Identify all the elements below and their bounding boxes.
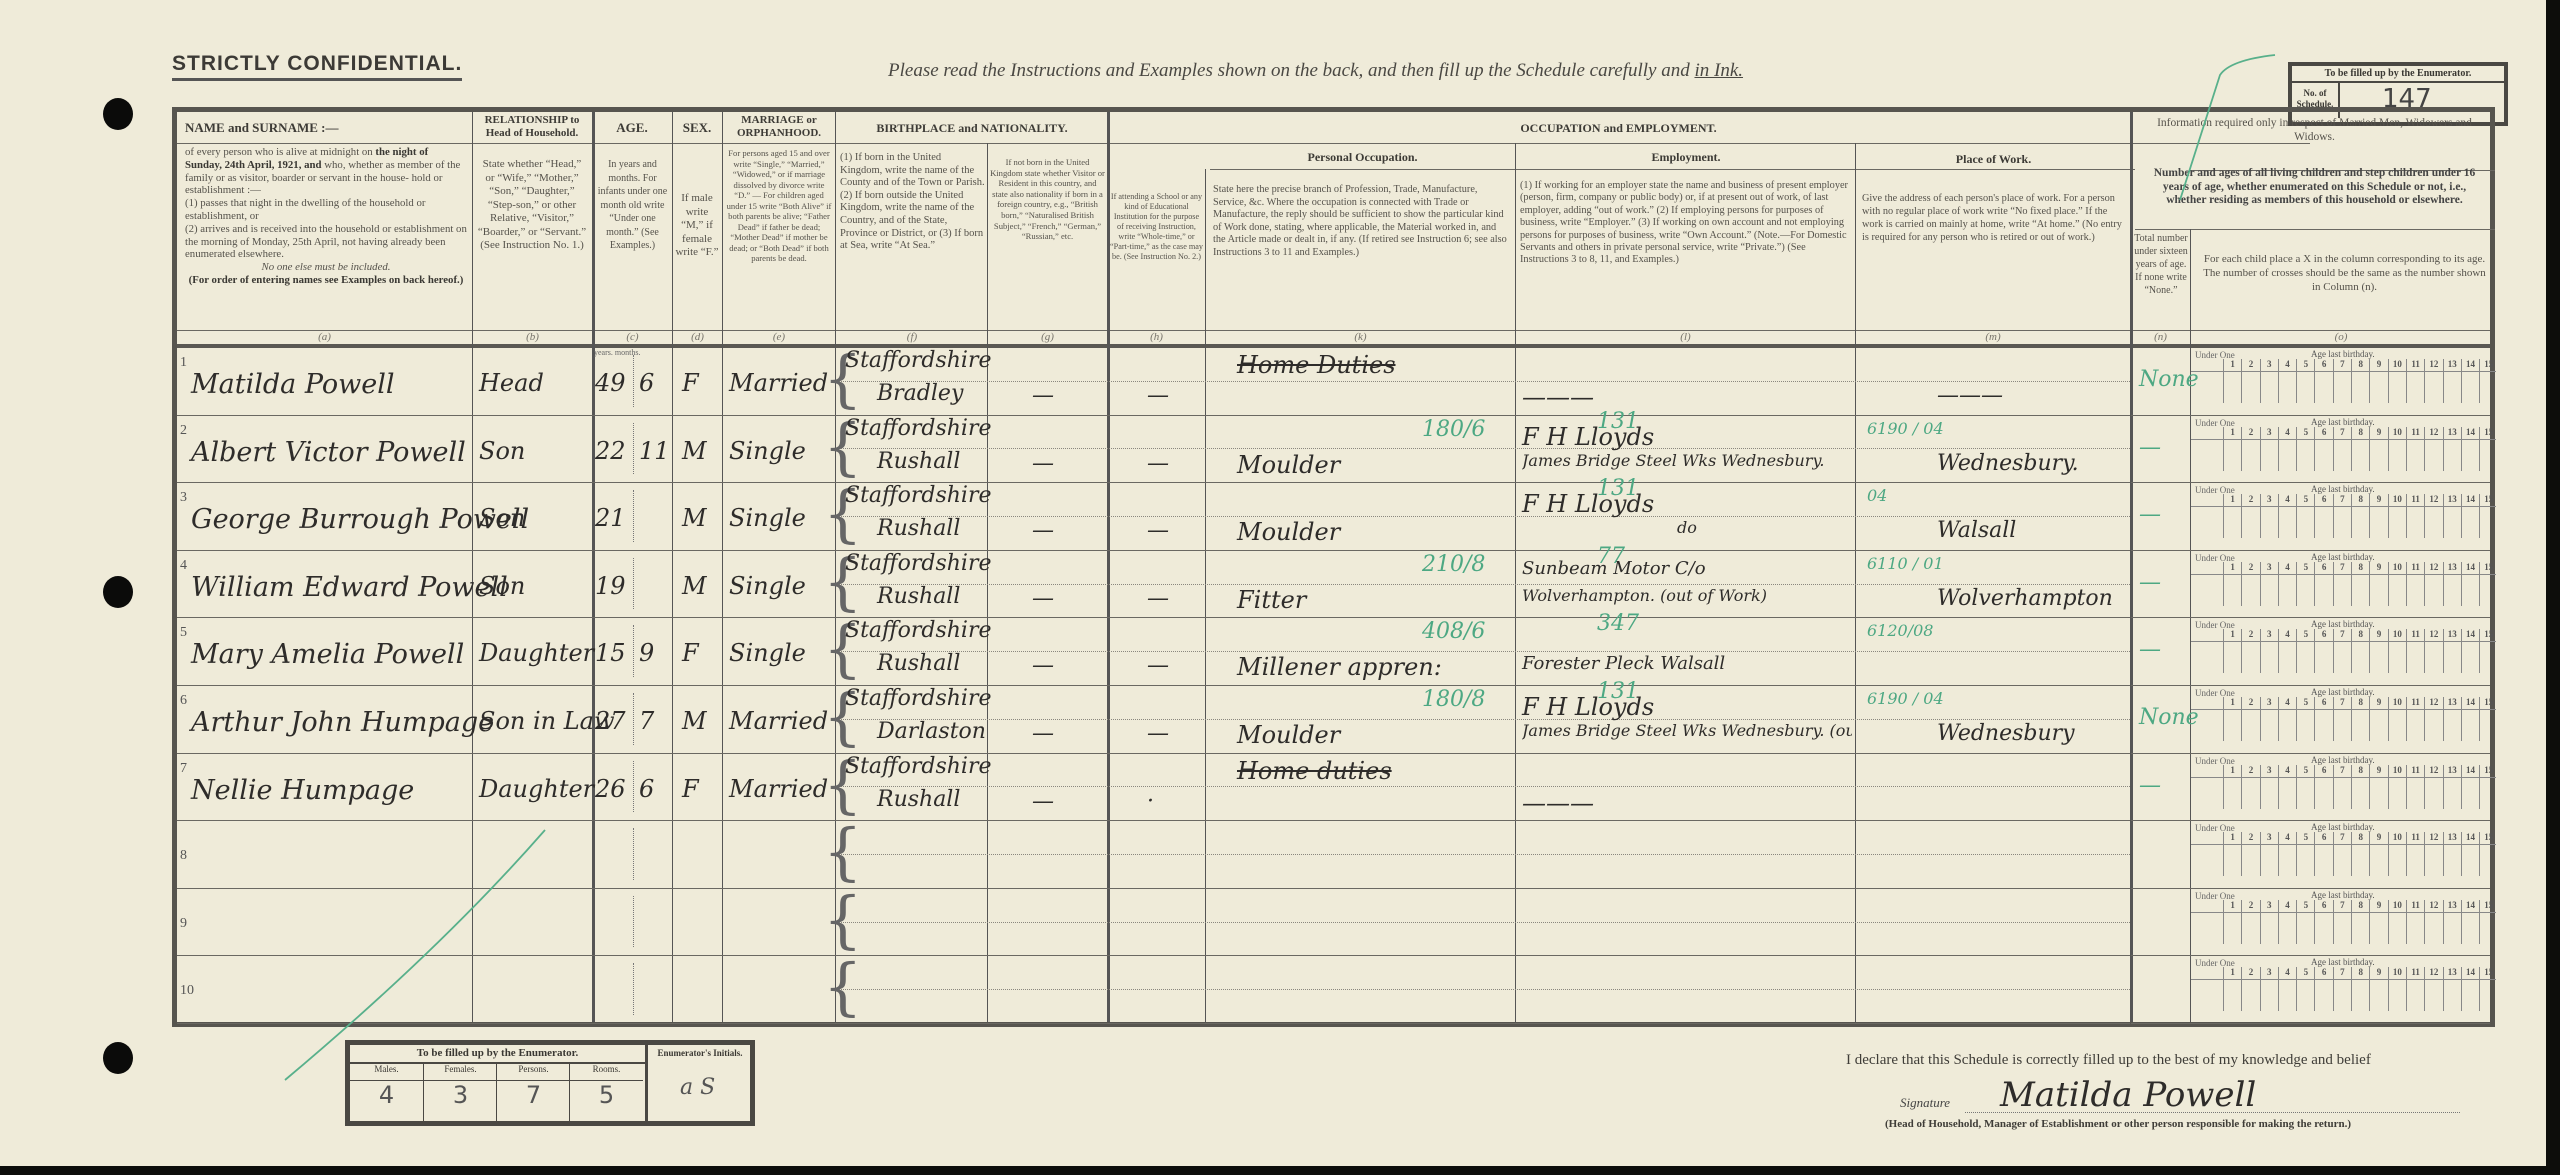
census-schedule-page: STRICTLY CONFIDENTIAL. Please read the I…: [0, 0, 2546, 1166]
pencil-annotations: [0, 0, 2546, 1166]
